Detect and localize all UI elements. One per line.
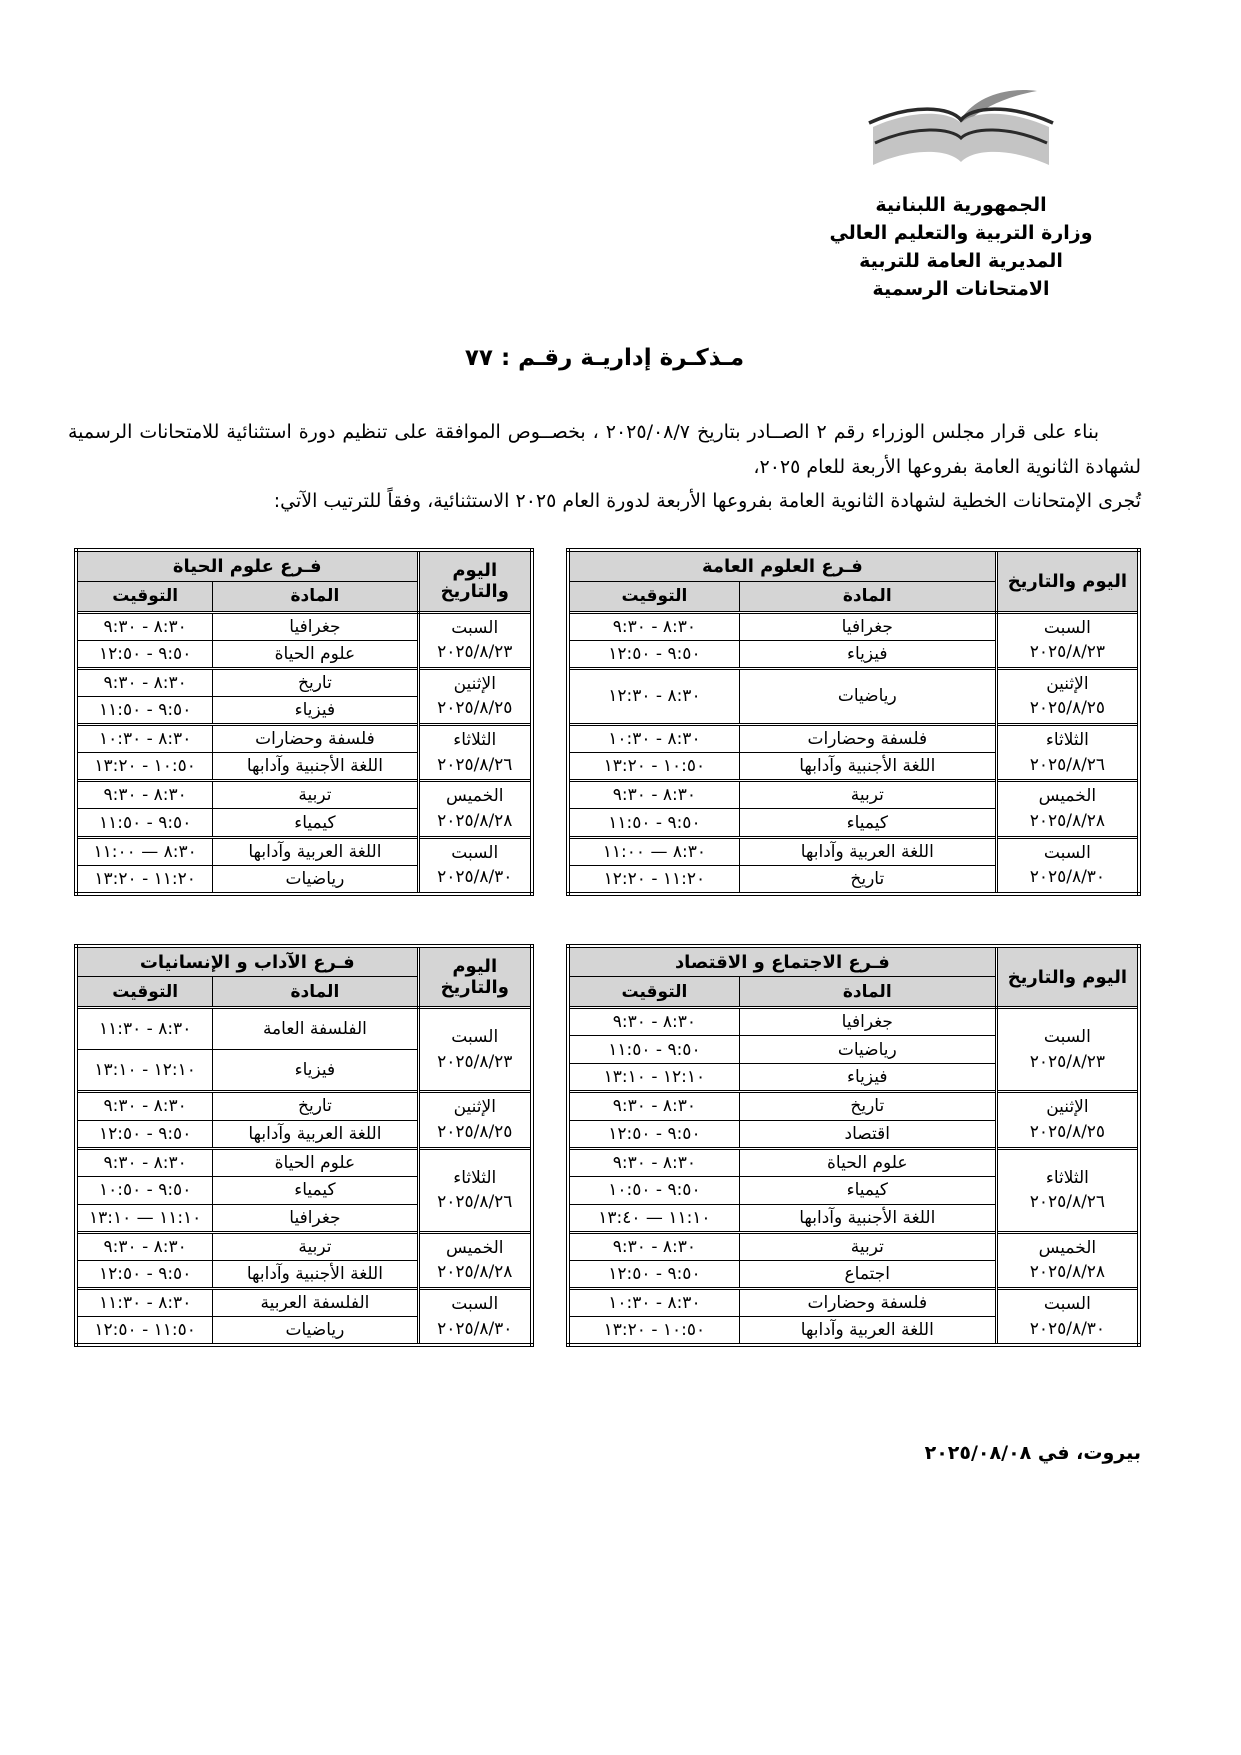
branch-title: فـرع الاجتماع و الاقتصاد [568,946,996,977]
day-name: الثلاثاء [424,1166,527,1191]
page: الجمهورية اللبنانية وزارة التربية والتعل… [0,0,1241,1464]
open-book-logo [851,85,1071,187]
col-header-time: التوقيت [568,977,739,1008]
day-name: السبت [1002,1292,1133,1317]
day-date: ٢٠٢٥/٨/٢٥ [1002,696,1133,721]
subject-cell: اللغة العربية وآدابها [739,837,996,865]
day-date: ٢٠٢٥/٨/٢٨ [1002,809,1133,834]
time-cell: ٩:٥٠ - ١٠:٥٠ [76,1176,213,1204]
subject-cell: اللغة العربية وآدابها [213,1120,418,1148]
table-slot-literature-humanities: اليوم والتاريخفـرع الآداب و الإنسانياتال… [74,944,534,1347]
day-date: ٢٠٢٥/٨/٢٣ [424,1050,527,1075]
col-header-day-date: اليوم والتاريخ [996,550,1139,612]
table-row: الخميس٢٠٢٥/٨/٢٨تربية٨:٣٠ - ٩:٣٠ [568,781,1139,809]
letterhead-line-directorate: المديرية العامة للتربية [781,247,1141,275]
table-row: الثلاثاء٢٠٢٥/٨/٢٦فلسفة وحضارات٨:٣٠ - ١٠:… [568,725,1139,753]
time-cell: ٩:٥٠ - ١٢:٥٠ [76,1260,213,1288]
time-cell: ٨:٣٠ - ٩:٣٠ [76,1092,213,1120]
subject-cell: الفلسفة العربية [213,1288,418,1316]
day-name: السبت [424,616,527,641]
col-header-subject: المادة [213,977,418,1008]
day-date-cell: السبت٢٠٢٥/٨/٣٠ [418,837,532,894]
subject-cell: علوم الحياة [213,1148,418,1176]
col-header-day-date: اليوم والتاريخ [996,946,1139,1008]
table-row: السبت٢٠٢٥/٨/٣٠اللغة العربية وآدابها٨:٣٠ … [568,837,1139,865]
day-date-cell: الثلاثاء٢٠٢٥/٨/٢٦ [996,725,1139,781]
subject-cell: فيزياء [213,696,418,724]
day-name: الثلاثاء [424,728,527,753]
subject-cell: اللغة العربية وآدابها [213,837,418,865]
time-cell: ٩:٥٠ - ١١:٥٠ [568,1036,739,1064]
table-row: الإثنين٢٠٢٥/٨/٢٥تاريخ٨:٣٠ - ٩:٣٠ [76,668,532,696]
time-cell: ٩:٥٠ - ١١:٥٠ [76,809,213,837]
subject-cell: رياضيات [213,866,418,894]
time-cell: ٩:٥٠ - ١١:٥٠ [568,809,739,837]
table-row: السبت٢٠٢٥/٨/٢٣جغرافيا٨:٣٠ - ٩:٣٠ [76,612,532,640]
subject-cell: كيمياء [213,809,418,837]
subject-cell: فيزياء [213,1050,418,1092]
subject-cell: جغرافيا [739,612,996,640]
subject-cell: رياضيات [213,1317,418,1345]
day-date-cell: السبت٢٠٢٥/٨/٢٣ [418,612,532,668]
subject-cell: فيزياء [739,1064,996,1092]
time-cell: ١٢:١٠ - ١٣:١٠ [568,1064,739,1092]
col-header-time: التوقيت [76,581,213,612]
subject-cell: اللغة الأجنبية وآدابها [213,753,418,781]
time-cell: ١٠:٥٠ - ١٣:٢٠ [568,753,739,781]
table-row: السبت٢٠٢٥/٨/٣٠الفلسفة العربية٨:٣٠ - ١١:٣… [76,1288,532,1316]
day-date: ٢٠٢٥/٨/٢٨ [424,1260,527,1285]
subject-cell: فيزياء [739,640,996,668]
day-date-cell: السبت٢٠٢٥/٨/٢٣ [996,1008,1139,1092]
day-date-cell: الخميس٢٠٢٥/٨/٢٨ [418,1232,532,1288]
day-date-cell: الإثنين٢٠٢٥/٨/٢٥ [996,1092,1139,1148]
subject-cell: تاريخ [213,1092,418,1120]
day-date-cell: الإثنين٢٠٢٥/٨/٢٥ [418,668,532,724]
time-cell: ١١:١٠ — ١٣:١٠ [76,1204,213,1232]
day-name: الخميس [424,1236,527,1261]
day-date: ٢٠٢٥/٨/٣٠ [424,865,527,890]
day-date-cell: الخميس٢٠٢٥/٨/٢٨ [996,781,1139,837]
day-date: ٢٠٢٥/٨/٢٥ [424,696,527,721]
time-cell: ٨:٣٠ - ٩:٣٠ [76,1232,213,1260]
day-name: السبت [424,1025,527,1050]
memo-title: مـذكـرة إداريـة رقـم : ٧٧ [68,345,1141,371]
exam-table-literature-humanities: اليوم والتاريخفـرع الآداب و الإنسانياتال… [74,944,534,1347]
time-cell: ٩:٥٠ - ١٢:٥٠ [76,640,213,668]
subject-cell: تربية [739,1232,996,1260]
table-row: الخميس٢٠٢٥/٨/٢٨تربية٨:٣٠ - ٩:٣٠ [76,1232,532,1260]
day-date: ٢٠٢٥/٨/٣٠ [1002,1317,1133,1342]
table-row: الإثنين٢٠٢٥/٨/٢٥تاريخ٨:٣٠ - ٩:٣٠ [568,1092,1139,1120]
time-cell: ٨:٣٠ - ١٠:٣٠ [568,1288,739,1316]
subject-cell: جغرافيا [213,612,418,640]
day-date-cell: الإثنين٢٠٢٥/٨/٢٥ [418,1092,532,1148]
time-cell: ٨:٣٠ - ٩:٣٠ [568,1008,739,1036]
day-date-cell: الإثنين٢٠٢٥/٨/٢٥ [996,668,1139,724]
subject-cell: كيمياء [739,1176,996,1204]
col-header-day-date: اليوم والتاريخ [418,946,532,1008]
day-name: الخميس [424,784,527,809]
table-slot-life-sciences: اليوم والتاريخفـرع علوم الحياةالمادةالتو… [74,548,534,896]
table-row: الثلاثاء٢٠٢٥/٨/٢٦فلسفة وحضارات٨:٣٠ - ١٠:… [76,725,532,753]
day-name: السبت [424,841,527,866]
table-row: السبت٢٠٢٥/٨/٢٣جغرافيا٨:٣٠ - ٩:٣٠ [568,1008,1139,1036]
time-cell: ١٠:٥٠ - ١٣:٢٠ [568,1317,739,1345]
letterhead: الجمهورية اللبنانية وزارة التربية والتعل… [781,85,1141,303]
day-date-cell: الثلاثاء٢٠٢٥/٨/٢٦ [996,1148,1139,1232]
subject-cell: رياضيات [739,1036,996,1064]
branch-title: فـرع علوم الحياة [76,550,418,581]
day-date-cell: الثلاثاء٢٠٢٥/٨/٢٦ [418,1148,532,1232]
table-row: الإثنين٢٠٢٥/٨/٢٥تاريخ٨:٣٠ - ٩:٣٠ [76,1092,532,1120]
time-cell: ٨:٣٠ - ١١:٣٠ [76,1288,213,1316]
intro-text: بناء على قرار مجلس الوزراء رقم ٢ الصــاد… [68,415,1141,518]
day-name: الإثنين [1002,672,1133,697]
day-date: ٢٠٢٥/٨/٢٨ [1002,1260,1133,1285]
subject-cell: فلسفة وحضارات [213,725,418,753]
subject-cell: تاريخ [739,866,996,894]
subject-cell: تربية [739,781,996,809]
subject-cell: علوم الحياة [739,1148,996,1176]
table-row: السبت٢٠٢٥/٨/٢٣الفلسفة العامة٨:٣٠ - ١١:٣٠ [76,1008,532,1050]
day-date-cell: الخميس٢٠٢٥/٨/٢٨ [418,781,532,837]
time-cell: ٩:٥٠ - ١٠:٥٠ [568,1176,739,1204]
subject-cell: الفلسفة العامة [213,1008,418,1050]
day-date: ٢٠٢٥/٨/٢٥ [1002,1120,1133,1145]
day-date: ٢٠٢٥/٨/٢٥ [424,1120,527,1145]
letterhead-line-exams: الامتحانات الرسمية [781,275,1141,303]
subject-cell: تربية [213,781,418,809]
day-name: السبت [1002,616,1133,641]
day-date-cell: السبت٢٠٢٥/٨/٣٠ [418,1288,532,1345]
day-name: السبت [1002,841,1133,866]
table-row: الخميس٢٠٢٥/٨/٢٨تربية٨:٣٠ - ٩:٣٠ [568,1232,1139,1260]
subject-cell: علوم الحياة [213,640,418,668]
day-date-cell: الخميس٢٠٢٥/٨/٢٨ [996,1232,1139,1288]
day-date-cell: السبت٢٠٢٥/٨/٢٣ [418,1008,532,1092]
day-date: ٢٠٢٥/٨/٢٦ [1002,1190,1133,1215]
time-cell: ٨:٣٠ - ٩:٣٠ [568,1092,739,1120]
subject-cell: كيمياء [213,1176,418,1204]
table-row: الثلاثاء٢٠٢٥/٨/٢٦علوم الحياة٨:٣٠ - ٩:٣٠ [76,1148,532,1176]
day-date: ٢٠٢٥/٨/٢٦ [424,753,527,778]
table-row: الإثنين٢٠٢٥/٨/٢٥رياضيات٨:٣٠ - ١٢:٣٠ [568,668,1139,724]
day-name: السبت [1002,1025,1133,1050]
table-row: السبت٢٠٢٥/٨/٣٠فلسفة وحضارات٨:٣٠ - ١٠:٣٠ [568,1288,1139,1316]
day-name: الثلاثاء [1002,728,1133,753]
table-row: السبت٢٠٢٥/٨/٣٠اللغة العربية وآدابها٨:٣٠ … [76,837,532,865]
time-cell: ٨:٣٠ - ٩:٣٠ [76,1148,213,1176]
time-cell: ٨:٣٠ - ٩:٣٠ [568,1148,739,1176]
letterhead-line-ministry: وزارة التربية والتعليم العالي [781,219,1141,247]
intro-paragraph-1: بناء على قرار مجلس الوزراء رقم ٢ الصــاد… [68,415,1141,483]
subject-cell: اللغة الأجنبية وآدابها [739,753,996,781]
subject-cell: اجتماع [739,1260,996,1288]
subject-cell: اللغة الأجنبية وآدابها [739,1204,996,1232]
day-date-cell: الثلاثاء٢٠٢٥/٨/٢٦ [418,725,532,781]
exam-table-life-sciences: اليوم والتاريخفـرع علوم الحياةالمادةالتو… [74,548,534,896]
subject-cell: فلسفة وحضارات [739,1288,996,1316]
time-cell: ١٠:٥٠ - ١٣:٢٠ [76,753,213,781]
col-header-subject: المادة [739,581,996,612]
day-date: ٢٠٢٥/٨/٢٦ [1002,753,1133,778]
day-date: ٢٠٢٥/٨/٣٠ [1002,865,1133,890]
subject-cell: فلسفة وحضارات [739,725,996,753]
time-cell: ٨:٣٠ - ١١:٣٠ [76,1008,213,1050]
table-slot-general-sciences: اليوم والتاريخفـرع العلوم العامةالمادةال… [566,548,1141,896]
day-date-cell: السبت٢٠٢٥/٨/٣٠ [996,837,1139,894]
day-date: ٢٠٢٥/٨/٢٨ [424,809,527,834]
day-date: ٢٠٢٥/٨/٢٦ [424,1190,527,1215]
time-cell: ٨:٣٠ - ٩:٣٠ [76,668,213,696]
day-date-cell: السبت٢٠٢٥/٨/٢٣ [996,612,1139,668]
intro-paragraph-2: تُجرى الإمتحانات الخطية لشهادة الثانوية … [68,484,1141,518]
subject-cell: تاريخ [213,668,418,696]
time-cell: ٨:٣٠ - ٩:٣٠ [76,612,213,640]
time-cell: ٨:٣٠ - ٩:٣٠ [568,612,739,640]
subject-cell: تاريخ [739,1092,996,1120]
day-name: الخميس [1002,1236,1133,1261]
subject-cell: رياضيات [739,668,996,724]
table-row: السبت٢٠٢٥/٨/٢٣جغرافيا٨:٣٠ - ٩:٣٠ [568,612,1139,640]
day-name: الخميس [1002,784,1133,809]
branch-title: فـرع الآداب و الإنسانيات [76,946,418,977]
day-date: ٢٠٢٥/٨/٢٣ [1002,1050,1133,1075]
day-name: الإثنين [1002,1095,1133,1120]
time-cell: ١١:١٠ — ١٣:٤٠ [568,1204,739,1232]
time-cell: ٨:٣٠ - ٩:٣٠ [568,781,739,809]
time-cell: ١١:٢٠ - ١٢:٢٠ [568,866,739,894]
letterhead-line-republic: الجمهورية اللبنانية [781,191,1141,219]
day-name: الإثنين [424,672,527,697]
time-cell: ١١:٥٠ - ١٢:٥٠ [76,1317,213,1345]
day-name: الإثنين [424,1095,527,1120]
time-cell: ٨:٣٠ - ١٠:٣٠ [568,725,739,753]
table-row: الخميس٢٠٢٥/٨/٢٨تربية٨:٣٠ - ٩:٣٠ [76,781,532,809]
footer-place-date: بيروت، في ٢٠٢٥/٠٨/٠٨ [68,1442,1141,1464]
table-row: الثلاثاء٢٠٢٥/٨/٢٦علوم الحياة٨:٣٠ - ٩:٣٠ [568,1148,1139,1176]
branch-title: فـرع العلوم العامة [568,550,996,581]
time-cell: ٩:٥٠ - ١٢:٥٠ [568,1120,739,1148]
time-cell: ٨:٣٠ — ١١:٠٠ [76,837,213,865]
time-cell: ٩:٥٠ - ١٢:٥٠ [568,640,739,668]
time-cell: ٨:٣٠ - ٩:٣٠ [568,1232,739,1260]
day-date: ٢٠٢٥/٨/٣٠ [424,1317,527,1342]
exam-table-general-sciences: اليوم والتاريخفـرع العلوم العامةالمادةال… [566,548,1141,896]
day-date-cell: السبت٢٠٢٥/٨/٣٠ [996,1288,1139,1345]
time-cell: ١٢:١٠ - ١٣:١٠ [76,1050,213,1092]
col-header-subject: المادة [739,977,996,1008]
exam-table-sociology-economics: اليوم والتاريخفـرع الاجتماع و الاقتصادال… [566,944,1141,1347]
col-header-time: التوقيت [568,581,739,612]
day-date: ٢٠٢٥/٨/٢٣ [424,640,527,665]
col-header-time: التوقيت [76,977,213,1008]
day-name: الثلاثاء [1002,1166,1133,1191]
subject-cell: اللغة الأجنبية وآدابها [213,1260,418,1288]
day-date: ٢٠٢٥/٨/٢٣ [1002,640,1133,665]
time-cell: ٨:٣٠ - ١٠:٣٠ [76,725,213,753]
time-cell: ٨:٣٠ - ٩:٣٠ [76,781,213,809]
time-cell: ٩:٥٠ - ١٢:٥٠ [76,1120,213,1148]
tables-row-2: اليوم والتاريخفـرع الاجتماع و الاقتصادال… [68,944,1141,1347]
subject-cell: اللغة العربية وآدابها [739,1317,996,1345]
col-header-day-date: اليوم والتاريخ [418,550,532,612]
table-slot-sociology-economics: اليوم والتاريخفـرع الاجتماع و الاقتصادال… [566,944,1141,1347]
time-cell: ٨:٣٠ - ١٢:٣٠ [568,668,739,724]
exam-tables-grid: اليوم والتاريخفـرع العلوم العامةالمادةال… [68,548,1141,1347]
subject-cell: تربية [213,1232,418,1260]
time-cell: ٨:٣٠ — ١١:٠٠ [568,837,739,865]
time-cell: ١١:٢٠ - ١٣:٢٠ [76,866,213,894]
subject-cell: جغرافيا [739,1008,996,1036]
time-cell: ٩:٥٠ - ١٢:٥٠ [568,1260,739,1288]
day-name: السبت [424,1292,527,1317]
time-cell: ٩:٥٠ - ١١:٥٠ [76,696,213,724]
tables-row-1: اليوم والتاريخفـرع العلوم العامةالمادةال… [68,548,1141,896]
subject-cell: اقتصاد [739,1120,996,1148]
col-header-subject: المادة [213,581,418,612]
subject-cell: جغرافيا [213,1204,418,1232]
subject-cell: كيمياء [739,809,996,837]
